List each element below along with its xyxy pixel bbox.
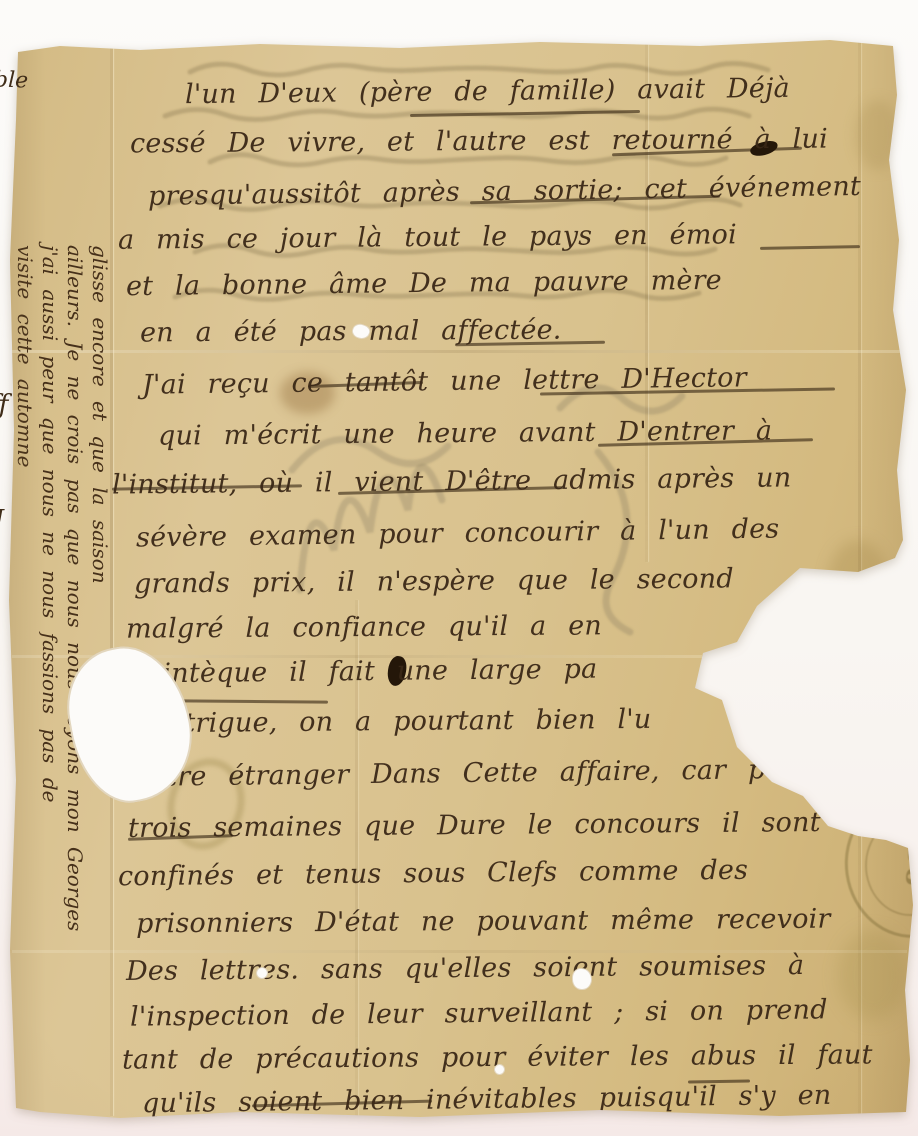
- margin-note-line: ailleurs. Je ne crois pas que nous nous …: [62, 245, 87, 1125]
- letter-line: confinés et tenus sous Clefs comme des: [118, 855, 748, 893]
- letter-line: l'un D'eux (père de famille) avait Déjà: [185, 73, 790, 110]
- letter-line: en a été pas mal affectée.: [140, 315, 562, 349]
- edge-fragment: ble: [0, 67, 29, 93]
- letter-line: et la bonne âme De ma pauvre mère: [126, 265, 722, 302]
- letter-line: Des lettres. sans qu'elles soient soumis…: [126, 950, 805, 987]
- postmark-stamp: 1838: [845, 793, 918, 938]
- edge-fragment: J: [0, 505, 4, 533]
- paper-wrap: 1838 glisse encore et que la saison aill…: [0, 0, 918, 1136]
- letter-line: a mis ce jour là tout le pays en émoi: [118, 219, 737, 255]
- letter-line: intrigue, on a pourtant bien l'u: [158, 704, 652, 739]
- letter-line: tant de précautions pour éviter les abus…: [122, 1039, 873, 1075]
- letter-line: grands prix, il n'espère que le second: [134, 563, 734, 599]
- edge-fragment: ff: [0, 390, 8, 420]
- postmark-date: 1838: [898, 801, 918, 892]
- margin-note-line: glisse encore et que la saison: [87, 245, 112, 1125]
- margin-note-line: visite cette automne: [12, 245, 37, 1125]
- letter-page: 1838 glisse encore et que la saison aill…: [0, 0, 918, 1136]
- letter-line: cessé De vivre, et l'autre est retourné …: [130, 124, 828, 160]
- letter-line: qui m'écrit une heure avant D'entrer à: [158, 415, 772, 451]
- margin-note: glisse encore et que la saison ailleurs.…: [12, 245, 112, 1125]
- margin-note-line: j'ai aussi peur que nous ne nous fassion…: [37, 245, 62, 1125]
- letter-line: malgré la confiance qu'il a en: [126, 610, 602, 644]
- scanned-letter: 1838 glisse encore et que la saison aill…: [0, 0, 918, 1136]
- letter-line: l'intèque il fait une large pa: [146, 654, 598, 690]
- letter-line: prisonniers D'état ne pouvant même recev…: [136, 904, 831, 940]
- letter-line: trois semaines que Dure le concours il s…: [128, 807, 821, 844]
